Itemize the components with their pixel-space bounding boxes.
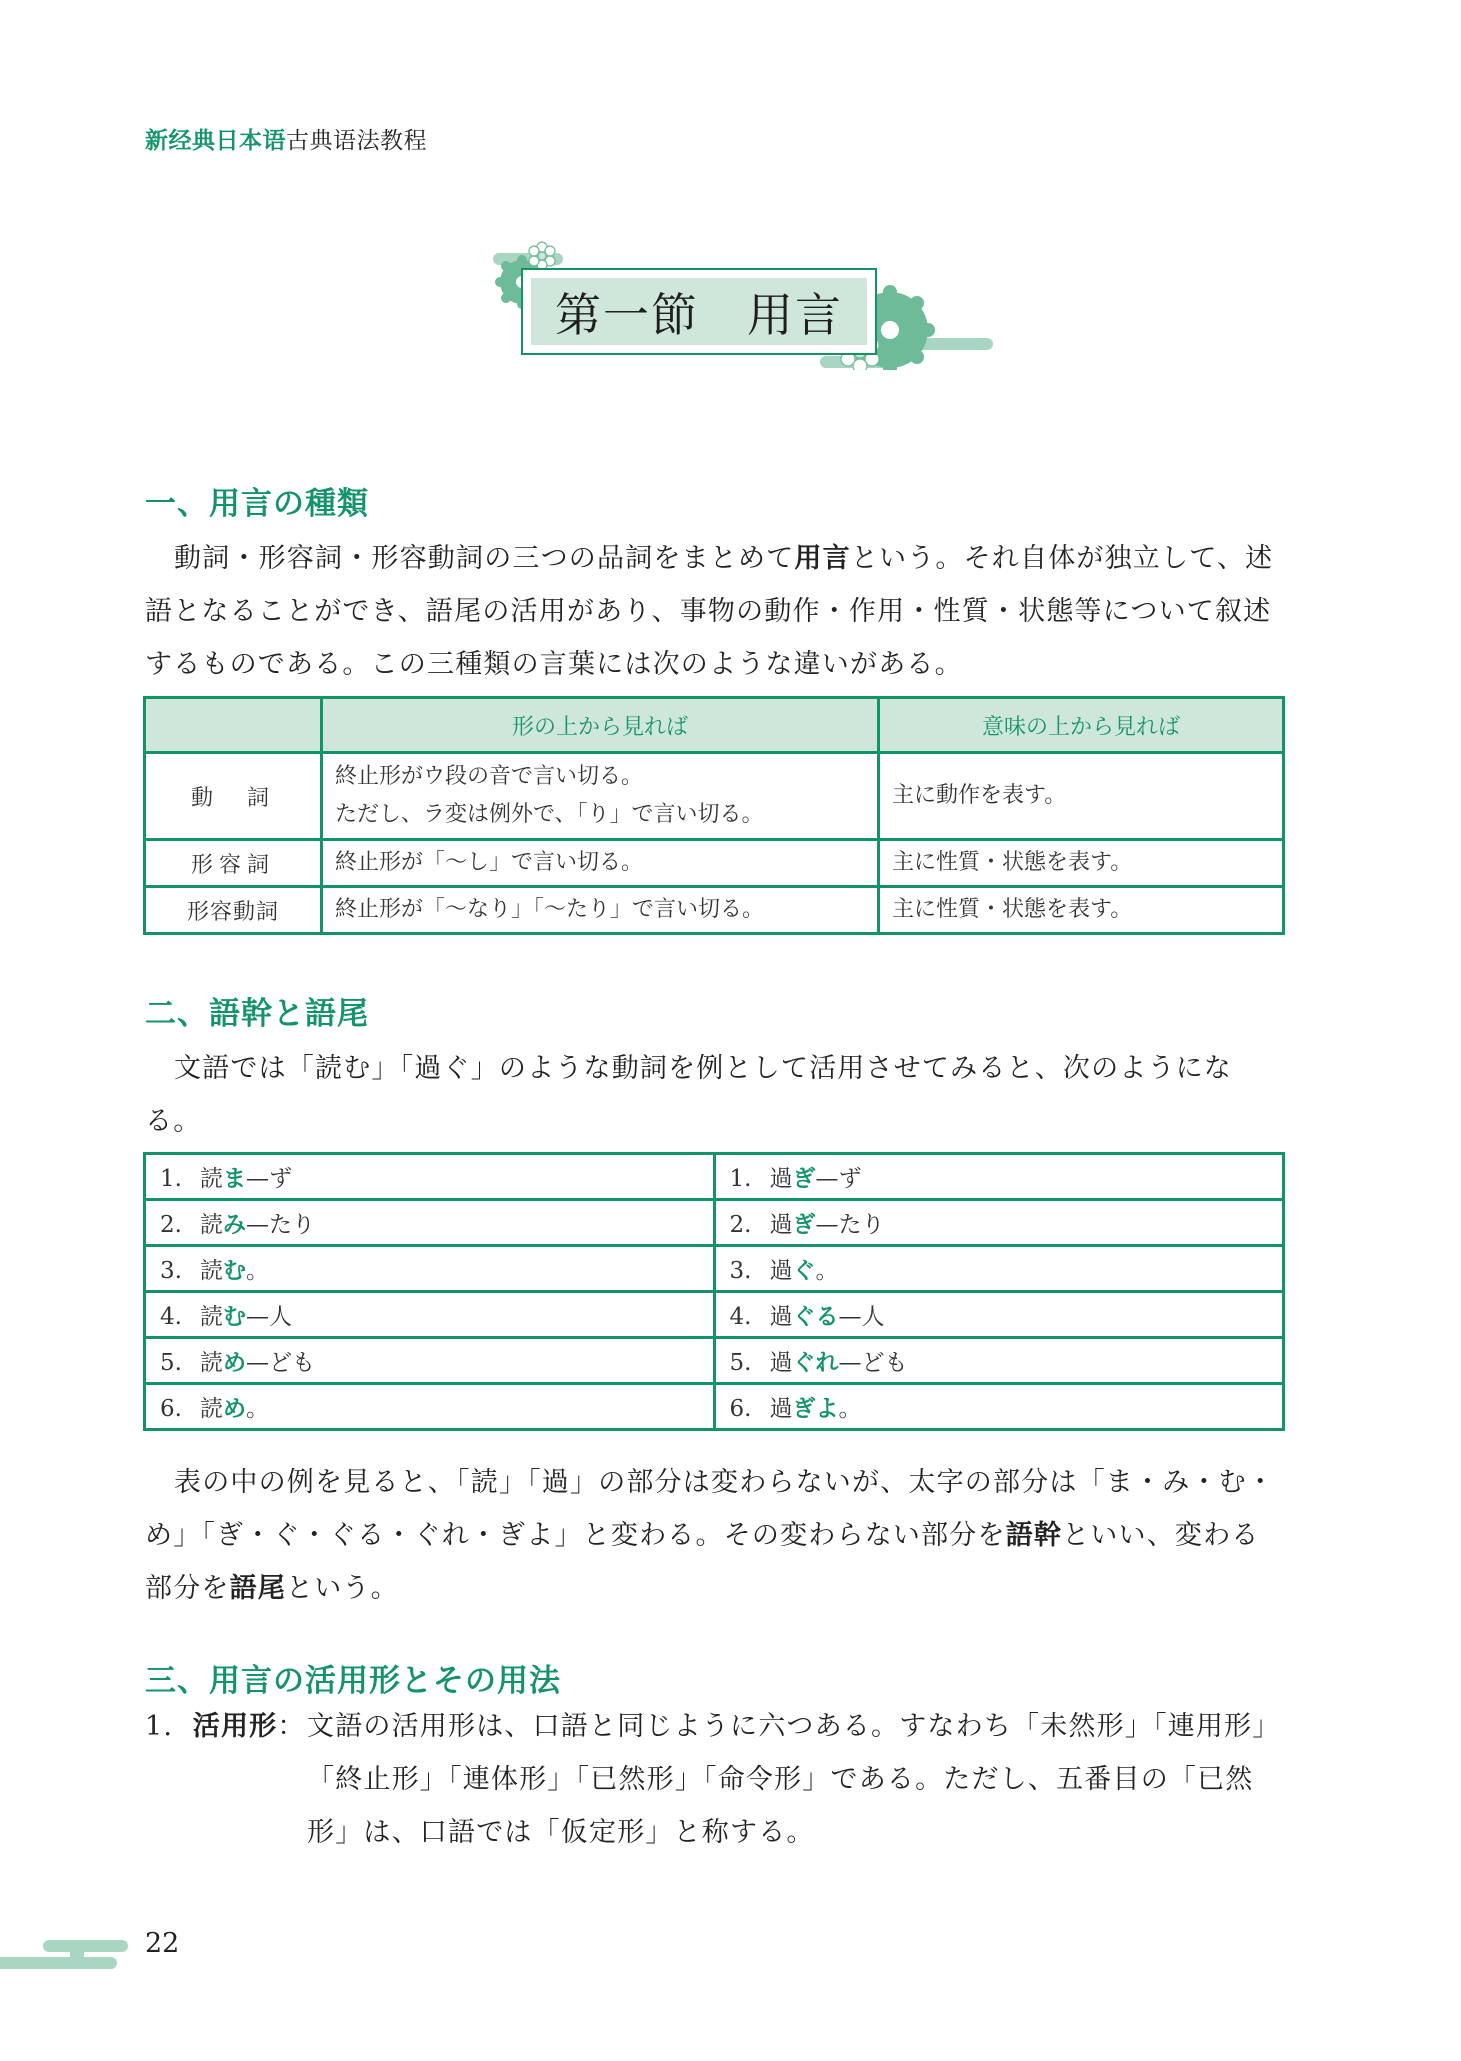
suffix: —人 — [246, 1304, 292, 1330]
ending: ぐる — [793, 1304, 839, 1330]
item-number: 1. — [145, 1711, 173, 1742]
chapter-title: 第一節 用言 — [523, 270, 875, 353]
suffix: 。 — [839, 1396, 862, 1422]
ending: み — [223, 1212, 246, 1238]
stem: 読 — [200, 1212, 223, 1238]
table-row: 形容詞 終止形が「〜し」で言い切る。 主に性質・状態を表す。 — [145, 840, 1284, 887]
suffix: 。 — [246, 1396, 269, 1422]
section-heading-2: 二、語幹と語尾 — [145, 988, 369, 1033]
item-number: 3. — [730, 1258, 770, 1284]
table-row: 形容動詞 終止形が「〜なり」「〜たり」で言い切る。 主に性質・状態を表す。 — [145, 887, 1284, 934]
table-header-form: 形の上から見れば — [322, 698, 879, 753]
item-term: 活用形 — [193, 1711, 278, 1742]
table-row: 3.読む。 3.過ぐ。 — [145, 1246, 1284, 1292]
suffix: —たり — [246, 1212, 315, 1238]
ending: ぎ — [793, 1212, 816, 1238]
list-item: 1. 活用形： 文語の活用形は、口語と同じように六つある。すなわち「未然形」「連… — [145, 1700, 1285, 1859]
suffix: —たり — [816, 1212, 885, 1238]
row-meaning: 主に性質・状態を表す。 — [879, 840, 1284, 887]
conj-cell-right: 6.過ぎよ。 — [714, 1384, 1284, 1430]
para-text: 文語では「読む」「過ぐ」のような動詞を例として活用させてみると、次のようになる。 — [145, 1053, 1232, 1137]
conjugation-table: 1.読ま—ず 1.過ぎ—ず 2.読み—たり 2.過ぎ—たり 3.読む。 3.過ぐ… — [143, 1152, 1285, 1431]
suffix: —人 — [839, 1304, 885, 1330]
table-row: 6.読め。 6.過ぎよ。 — [145, 1384, 1284, 1430]
section-2-paragraph: 文語では「読む」「過ぐ」のような動詞を例として活用させてみると、次のようになる。 — [145, 1042, 1285, 1148]
row-form: 終止形が「〜なり」「〜たり」で言い切る。 — [322, 887, 879, 934]
suffix: —ず — [816, 1166, 862, 1192]
form-line: 終止形がウ段の音で言い切る。 — [335, 758, 865, 796]
item-number: 1. — [160, 1166, 200, 1192]
item-number: 5. — [160, 1350, 200, 1376]
section-1-paragraph: 動詞・形容詞・形容動詞の三つの品詞をまとめて用言という。それ自体が独立して、述語… — [145, 532, 1285, 691]
suffix: 。 — [246, 1258, 269, 1284]
conj-cell-right: 5.過ぐれ—ども — [714, 1338, 1284, 1384]
section-heading-3: 三、用言の活用形とその用法 — [145, 1655, 561, 1700]
stem: 読 — [200, 1396, 223, 1422]
row-term: 動 詞 — [145, 753, 322, 840]
conj-cell-left: 2.読み—たり — [145, 1200, 715, 1246]
item-number: 4. — [160, 1304, 200, 1330]
stem: 過 — [770, 1350, 793, 1376]
row-meaning: 主に動作を表す。 — [879, 753, 1284, 840]
series-name: 新经典日本语 — [145, 128, 286, 154]
running-head: 新经典日本语古典语法教程 — [145, 122, 427, 155]
item-number: 4. — [730, 1304, 770, 1330]
suffix: 。 — [816, 1258, 839, 1284]
section-heading-1: 一、用言の種類 — [145, 478, 369, 523]
stem: 読 — [200, 1350, 223, 1376]
table-row: 2.読み—たり 2.過ぎ—たり — [145, 1200, 1284, 1246]
conj-cell-left: 4.読む—人 — [145, 1292, 715, 1338]
item-label: 1. 活用形： — [145, 1700, 306, 1753]
table-row: 4.読む—人 4.過ぐる—人 — [145, 1292, 1284, 1338]
ending: ぐ — [793, 1258, 816, 1284]
item-number: 3. — [160, 1258, 200, 1284]
ending: ぎ — [793, 1166, 816, 1192]
word-types-table: 形の上から見れば 意味の上から見れば 動 詞 終止形がウ段の音で言い切る。ただし… — [143, 696, 1285, 935]
conj-cell-right: 3.過ぐ。 — [714, 1246, 1284, 1292]
stem: 読 — [200, 1304, 223, 1330]
bold-term: 語尾 — [230, 1573, 286, 1604]
suffix: —ず — [246, 1166, 292, 1192]
bold-term: 用言 — [794, 543, 850, 574]
ending: め — [223, 1396, 246, 1422]
table-row: 動 詞 終止形がウ段の音で言い切る。ただし、ラ変は例外で、「り」で言い切る。 主… — [145, 753, 1284, 840]
section-2-paragraph-2: 表の中の例を見ると、「読」「過」の部分は変わらないが、太字の部分は「ま・み・む・… — [145, 1456, 1285, 1615]
bold-term: 語幹 — [1006, 1520, 1062, 1551]
para-text: 動詞・形容詞・形容動詞の三つの品詞をまとめて — [174, 543, 794, 574]
item-number: 2. — [160, 1212, 200, 1238]
conj-cell-right: 4.過ぐる—人 — [714, 1292, 1284, 1338]
conj-cell-left: 6.読め。 — [145, 1384, 715, 1430]
stem: 過 — [770, 1166, 793, 1192]
conj-cell-left: 5.読め—ども — [145, 1338, 715, 1384]
suffix: —ども — [246, 1350, 315, 1376]
table-header-row: 形の上から見れば 意味の上から見れば — [145, 698, 1284, 753]
form-line: ただし、ラ変は例外で、「り」で言い切る。 — [335, 796, 865, 834]
ending: ぐれ — [793, 1350, 839, 1376]
stem: 過 — [770, 1258, 793, 1284]
row-term: 形容動詞 — [145, 887, 322, 934]
ending: め — [223, 1350, 246, 1376]
stem: 過 — [770, 1396, 793, 1422]
stem: 読 — [200, 1258, 223, 1284]
item-body: 文語の活用形は、口語と同じように六つある。すなわち「未然形」「連用形」「終止形」… — [307, 1700, 1285, 1859]
table-row: 1.読ま—ず 1.過ぎ—ず — [145, 1154, 1284, 1200]
ending: む — [223, 1304, 246, 1330]
item-number: 5. — [730, 1350, 770, 1376]
row-form: 終止形が「〜し」で言い切る。 — [322, 840, 879, 887]
item-number: 6. — [160, 1396, 200, 1422]
ending: ぎよ — [793, 1396, 839, 1422]
ending: ま — [223, 1166, 246, 1192]
table-header-empty — [145, 698, 322, 753]
table-row: 5.読め—ども 5.過ぐれ—ども — [145, 1338, 1284, 1384]
stem: 読 — [200, 1166, 223, 1192]
row-form: 終止形がウ段の音で言い切る。ただし、ラ変は例外で、「り」で言い切る。 — [322, 753, 879, 840]
page-number: 22 — [145, 1928, 179, 1959]
stem: 過 — [770, 1304, 793, 1330]
conj-cell-left: 1.読ま—ず — [145, 1154, 715, 1200]
chapter-banner: 第一節 用言 — [470, 220, 1030, 370]
table-header-meaning: 意味の上から見れば — [879, 698, 1284, 753]
ending: む — [223, 1258, 246, 1284]
row-term: 形容詞 — [145, 840, 322, 887]
stem: 過 — [770, 1212, 793, 1238]
item-number: 1. — [730, 1166, 770, 1192]
banner-frame: 第一節 用言 — [521, 268, 877, 355]
item-number: 2. — [730, 1212, 770, 1238]
para-text: という。 — [286, 1573, 399, 1604]
item-number: 6. — [730, 1396, 770, 1422]
book-title: 古典语法教程 — [286, 128, 427, 154]
conj-cell-right: 2.過ぎ—たり — [714, 1200, 1284, 1246]
suffix: —ども — [839, 1350, 908, 1376]
conj-cell-right: 1.過ぎ—ず — [714, 1154, 1284, 1200]
conj-cell-left: 3.読む。 — [145, 1246, 715, 1292]
row-meaning: 主に性質・状態を表す。 — [879, 887, 1284, 934]
item-separator: ： — [277, 1711, 305, 1742]
cloud-bar-decoration-icon — [0, 1938, 135, 1974]
